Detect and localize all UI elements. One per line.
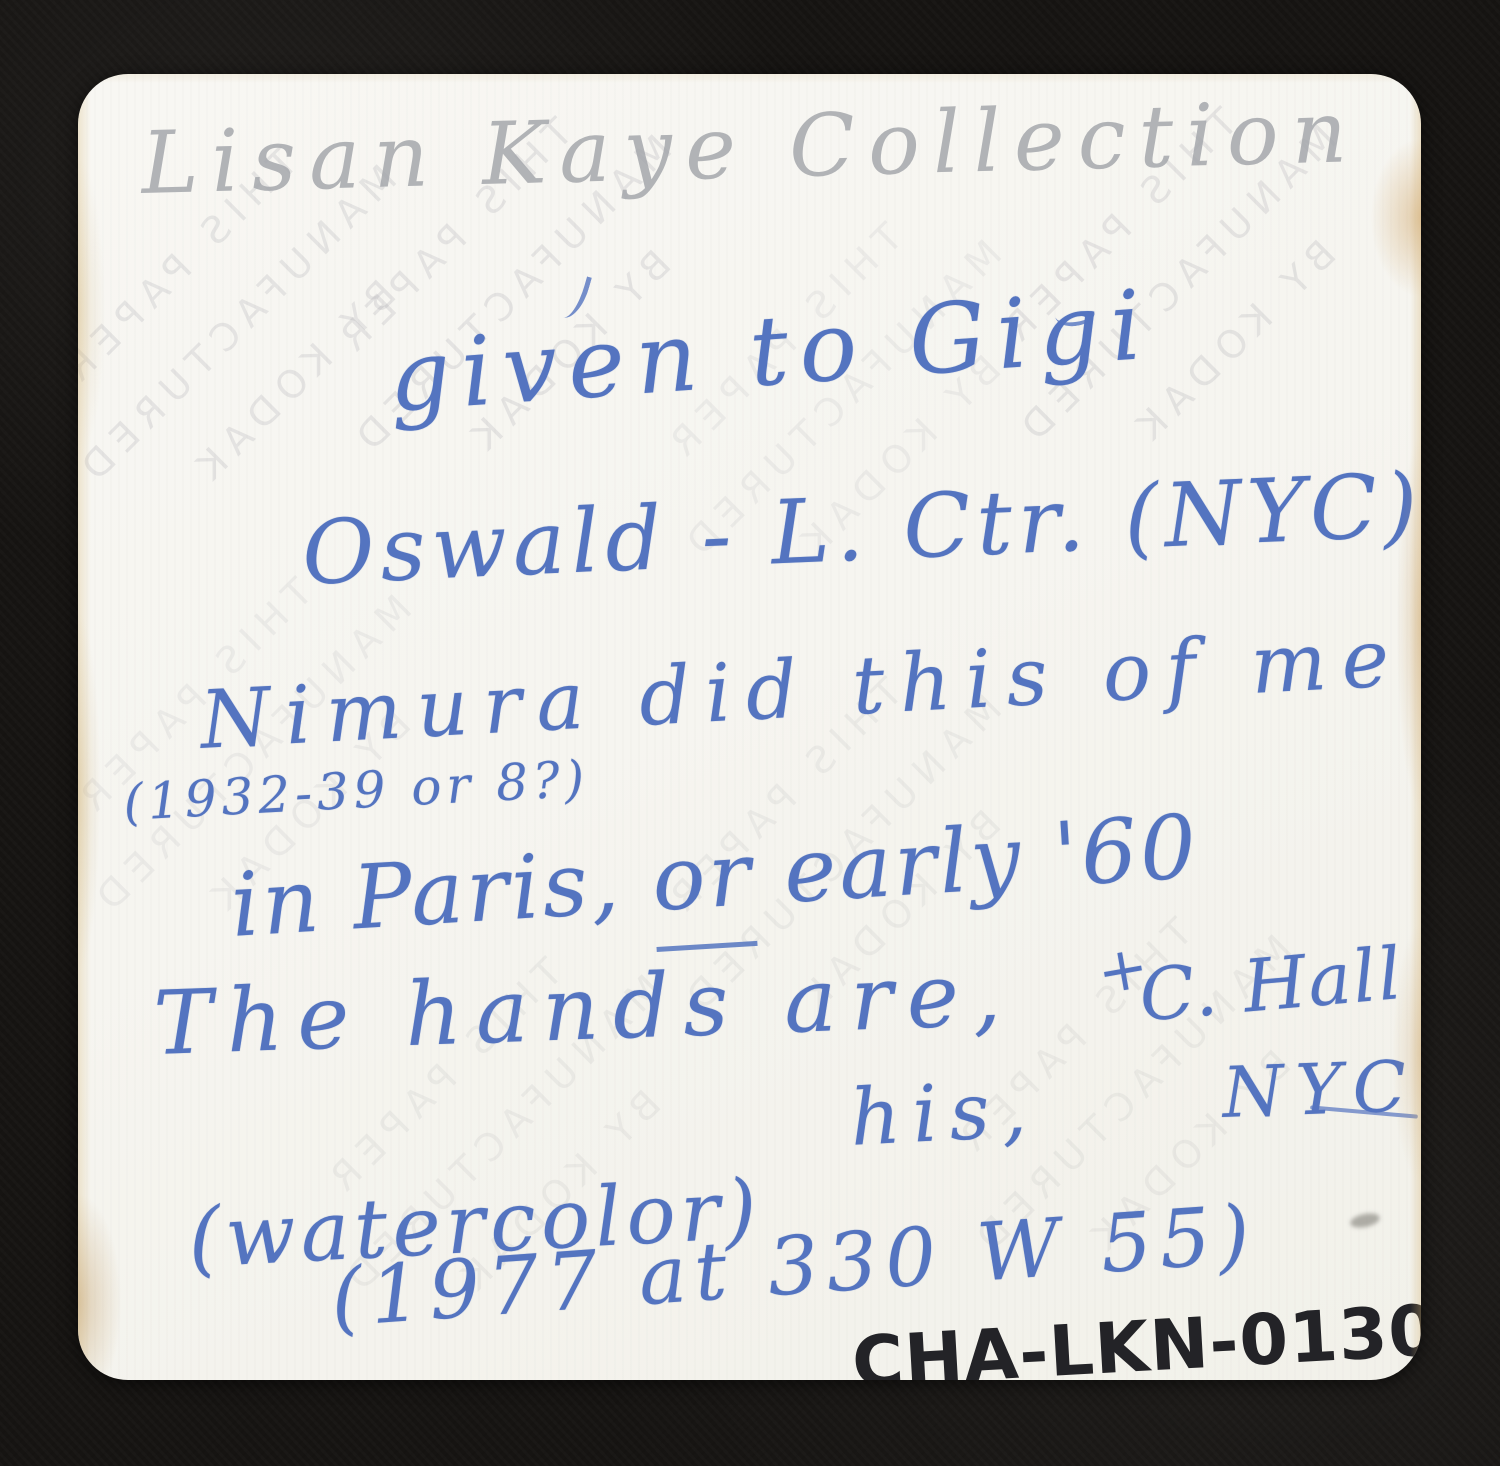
- catalog-code: CHA-LKN-0130: [850, 1289, 1421, 1380]
- handwriting-nyc: NYC: [1221, 1045, 1420, 1134]
- photo-mat-background: THIS PAPER MANUFACTURED BY KODAK THIS PA…: [0, 0, 1500, 1466]
- photo-verso-card: THIS PAPER MANUFACTURED BY KODAK THIS PA…: [78, 74, 1421, 1380]
- handwriting-the-hands-are: The hands are,: [152, 942, 1016, 1075]
- handwriting-or-underlined: or: [649, 822, 757, 952]
- gray-smudge: [1349, 1211, 1381, 1230]
- handwriting-his: his,: [848, 1064, 1040, 1164]
